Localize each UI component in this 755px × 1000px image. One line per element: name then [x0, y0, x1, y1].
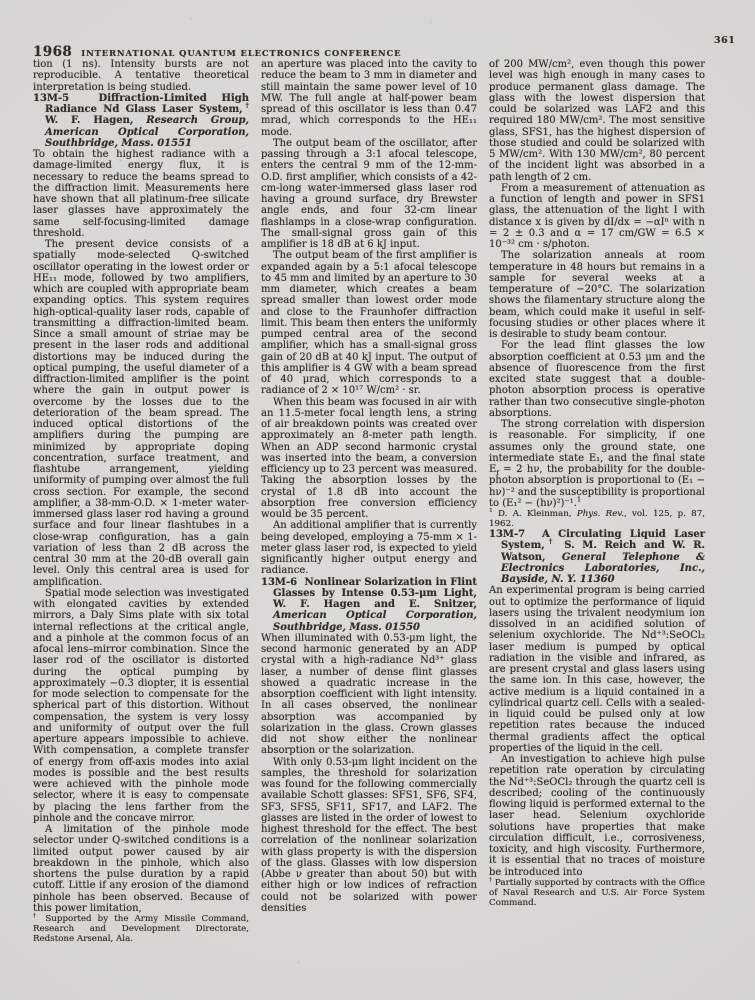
reference: 1 D. A. Kleinman, Phys. Rev., vol. 125, … [489, 509, 705, 529]
abstract-heading: 13M-6 Nonlinear Solarization in Flint Gl… [261, 577, 477, 633]
text-segment: Spatial mode selection was investigated … [33, 588, 249, 824]
footnote: † Supported by the Army Missile Command,… [33, 914, 249, 944]
paragraph: The output beam of the first amplifier i… [261, 250, 477, 396]
text-columns: tion (1 ns). Intensity bursts are not re… [33, 59, 705, 944]
paragraph: A limitation of the pinhole mode selecto… [33, 824, 249, 914]
text-segment: The output beam of the oscillator, after… [261, 138, 477, 250]
text-segment: An experimental program is being carried… [489, 585, 705, 754]
text-segment: When illuminated with 0.53-μm light, the… [261, 633, 477, 757]
paragraph: An additional amplifier that is currentl… [261, 520, 477, 576]
running-header: 1968 INTERNATIONAL QUANTUM ELECTRONICS C… [33, 41, 705, 60]
paragraph: an aperture was placed into the cavity t… [261, 59, 477, 138]
text-segment: Partially supported by contracts with th… [489, 878, 705, 908]
text-segment: 13M-6 Nonlinear Solarization in Flint Gl… [261, 577, 477, 611]
paragraph: To obtain the highest radiance with a da… [33, 149, 249, 239]
paragraph: An experimental program is being carried… [489, 585, 705, 754]
text-segment: 1 [577, 495, 581, 503]
text-segment: W. F. Hagen, [45, 115, 146, 126]
text-segment: The solarization anneals at room tempera… [489, 250, 705, 340]
text-segment: An investigation to achieve high pulse r… [489, 754, 705, 878]
paragraph: When illuminated with 0.53-μm light, the… [261, 633, 477, 757]
text-segment: The output beam of the first amplifier i… [261, 250, 477, 396]
abstract-heading: 13M-5 Diffraction-Limited High Radiance … [33, 93, 249, 149]
paragraph: Spatial mode selection was investigated … [33, 588, 249, 824]
paragraph: The present device consists of a spatial… [33, 239, 249, 588]
column-3: of 200 MW/cm², even though this power le… [489, 59, 705, 908]
text-segment: 13M-5 Diffraction-Limited High Radiance … [33, 93, 249, 115]
paragraph: From a measurement of attenuation as a f… [489, 183, 705, 251]
page-number: 361 [714, 35, 735, 46]
text-segment: When this beam was focused in air with a… [261, 397, 477, 521]
scan-speckles [0, 0, 1, 1]
column-1: tion (1 ns). Intensity bursts are not re… [33, 59, 249, 944]
text-segment: From a measurement of attenuation as a f… [489, 183, 705, 250]
text-segment: an aperture was placed into the cavity t… [261, 59, 477, 138]
text-segment: American Optical Corporation, Southbridg… [273, 610, 477, 632]
text-segment: of 200 MW/cm², even though this power le… [489, 59, 705, 183]
text-segment: Phys. Rev. [577, 509, 624, 519]
text-segment: The present device consists of a spatial… [33, 239, 249, 588]
paragraph: The strong correlation with dispersion i… [489, 419, 705, 509]
paragraph: of 200 MW/cm², even though this power le… [489, 59, 705, 183]
text-segment: A limitation of the pinhole mode selecto… [33, 824, 249, 914]
paragraph: tion (1 ns). Intensity bursts are not re… [33, 59, 249, 93]
text-segment: † [243, 102, 249, 110]
paragraph: For the lead flint glasses the low absor… [489, 340, 705, 419]
text-segment: With only 0.53-μm light incident on the … [261, 757, 477, 914]
text-segment: To obtain the highest radiance with a da… [33, 149, 249, 239]
conference-year: 1968 [33, 44, 72, 60]
text-segment: D. A. Kleinman, [493, 509, 577, 519]
text-segment: † [545, 538, 557, 546]
paragraph: The output beam of the oscillator, after… [261, 138, 477, 251]
column-2: an aperture was placed into the cavity t… [261, 59, 477, 914]
paragraph: The solarization anneals at room tempera… [489, 250, 705, 340]
conference-title: INTERNATIONAL QUANTUM ELECTRONICS CONFER… [81, 48, 401, 58]
scanned-proceedings-page: 1968 INTERNATIONAL QUANTUM ELECTRONICS C… [0, 0, 755, 1000]
text-segment: An additional amplifier that is currentl… [261, 520, 477, 576]
footnote: † Partially supported by contracts with … [489, 878, 705, 908]
abstract-heading: 13M-7 A Circulating Liquid Laser System,… [489, 529, 705, 585]
paragraph: With only 0.53-μm light incident on the … [261, 757, 477, 915]
text-segment: Supported by the Army Missile Command, R… [33, 914, 249, 944]
text-segment: = 2 hν, the probability for the double-p… [489, 464, 705, 509]
paragraph: When this beam was focused in air with a… [261, 397, 477, 521]
text-segment: tion (1 ns). Intensity bursts are not re… [33, 59, 249, 93]
paragraph: An investigation to achieve high pulse r… [489, 754, 705, 878]
text-segment: For the lead flint glasses the low absor… [489, 340, 705, 419]
